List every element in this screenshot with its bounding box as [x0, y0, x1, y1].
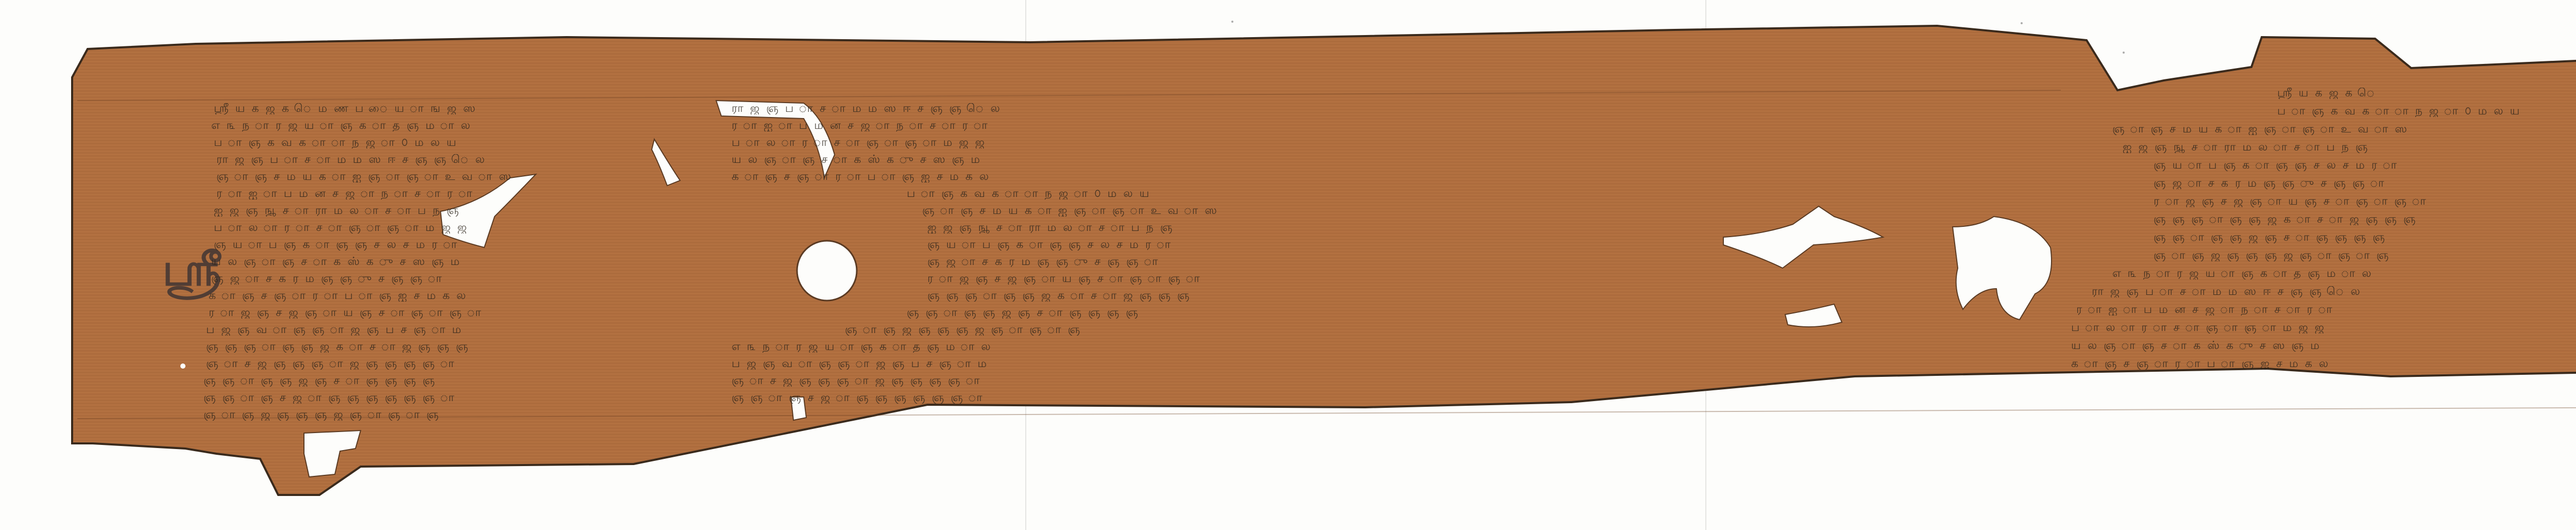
manuscript-line: ர ா ஜ ஞ ச ஜ ஞ ா ய ஞ ச ா ஞ ா ஞ ா [209, 307, 724, 319]
manuscript-line: ஞ ா ஞ ச ம ய க ா ஐ ஞ ா ஞ ா உ வ ா ஸ [2112, 124, 2576, 135]
manuscript-line: ஞ ஞ ா ஞ ச ஜ ா ஞ ஞ ஞ ஞ ஞ ஞ ா [204, 392, 719, 404]
manuscript-line: ஸ்ரீ ய க ஜ க ெ ம ண ப ை ய ா ங ஜ ஸ [214, 103, 729, 114]
manuscript-line: ய ல ஞ ா ஞ ச ா க ஸ் க ு ச ஸ ஞ ம [732, 154, 2071, 165]
manuscript-line: ஞ ஞ ா ஞ ஞ ஜ ஞ ச ா ஞ ஞ ஞ ஞ [2154, 232, 2576, 243]
manuscript-line: ய ல ஞ ா ஞ ச ா க ஸ் க ு ச ஸ ஞ ம [211, 256, 726, 268]
manuscript-line: ர ா ஐ ா ப ம ன ச ஜ ா ந ா ச ா ர ா [2076, 304, 2576, 316]
manuscript-line: க ா ஞ ச ஞ ா ர ா ப ா ஞ ஐ ச ம க ல [732, 171, 2071, 183]
manuscript-line: ர ா ஐ ா ப ம ன ச ஜ ா ந ா ச ா ர ா [732, 120, 2071, 131]
manuscript-line: ர ா ஜ ஞ ச ஜ ஞ ா ய ஞ ச ா ஞ ா ஞ ா [2154, 196, 2576, 207]
manuscript-line: ஞ ய ா ப ஞ க ா ஞ ஞ ச ல ச ம ர ா [2154, 160, 2576, 171]
binding-hole [797, 241, 857, 301]
manuscript-line: ஞ ா ஞ ஜ ஞ ஞ ஞ ஜ ஞ ா ஞ ா ஞ [204, 409, 719, 421]
manuscript-line: ஞ ா ஞ ஜ ஞ ஞ ஞ ஜ ஞ ா ஞ ா ஞ [845, 324, 2081, 336]
manuscript-line: ப ா ஞ க வ க ா ா ந ஜ ா ௦ ம ல ய [907, 188, 2092, 200]
manuscript-line: ரா ஜ ஞ ப ா ச ா ம ம ஸ ஈ ச ஞ ஞ ெ ல [2092, 286, 2576, 297]
manuscript-line: ஞ ா ஞ ச ம ய க ா ஐ ஞ ா ஞ ா உ வ ா ஸ [922, 205, 2107, 217]
manuscript-line: ப ா ல ா ர ா ச ா ஞ ா ஞ ா ம ஜ ஜ [732, 137, 2071, 148]
manuscript-line: ஞ ஞ ா ஞ ச ஜ ா ஞ ஞ ஞ ஞ ஞ ஞ ா [732, 392, 2071, 404]
manuscript-line: ஞ ஜ ா ச க ர ம ஞ ஞ ு ச ஞ ஞ ா [927, 256, 2112, 268]
manuscript-line: ர ா ஐ ா ப ம ன ச ஜ ா ந ா ச ா ர ா [216, 188, 732, 200]
manuscript-line: க ா ஞ ச ஞ ா ர ா ப ா ஞ ஐ ச ம க ல [2071, 358, 2535, 370]
manuscript-line: ரா ஜ ஞ ப ா ச ா ம ம ஸ ஈ ச ஞ ஞ ெ ல [732, 103, 2071, 114]
manuscript-line: ஐ ஜ ஞ ஙூ ச ா ரா ம ல ா ச ா ப ந ஞ [214, 205, 729, 217]
manuscript-line: ஞ ய ா ப ஞ க ா ஞ ஞ ச ல ச ம ர ா [214, 239, 729, 251]
manuscript-line: ஞ ா ஞ ச ம ய க ா ஐ ஞ ா ஞ ா உ வ ா ஸ [216, 171, 732, 183]
manuscript-line: ஐ ஜ ஞ ஙூ ச ா ரா ம ல ா ச ா ப ந ஞ [2123, 142, 2576, 153]
manuscript-line: ஐ ஜ ஞ ஙூ ச ா ரா ம ல ா ச ா ப ந ஞ [927, 222, 2112, 234]
damage-hole [180, 363, 185, 369]
manuscript-line: ர ா ஜ ஞ ச ஜ ஞ ா ய ஞ ச ா ஞ ா ஞ ா [927, 273, 2112, 285]
manuscript-line: ப ா ஞ க வ க ா ா ந ஜ ா ௦ ம ல ய [214, 137, 729, 148]
manuscript-line: ஞ ா ச ஜ ஞ ஞ ஞ ா ஜ ஞ ஞ ஞ ஞ ா [206, 358, 721, 370]
manuscript-line: ஞ ா ச ஜ ஞ ஞ ஞ ா ஜ ஞ ஞ ஞ ஞ ா [732, 375, 2071, 387]
manuscript-line: எ ௩ ந ா ர ஜ ய ா ஞ க ா த ஞ ம ா ல [732, 341, 2071, 353]
manuscript-line: ஞ ஞ ா ஞ ஞ ஜ ஞ ச ா ஞ ஞ ஞ ஞ [204, 375, 719, 387]
manuscript-line: ஞ ஞ ா ஞ ஞ ஜ ஞ ச ா ஞ ஞ ஞ ஞ [907, 307, 2092, 319]
manuscript-line: எ ௩ ந ா ர ஜ ய ா ஞ க ா த ஞ ம ா ல [211, 120, 726, 131]
manuscript-line: ரா ஜ ஞ ப ா ச ா ம ம ஸ ஈ ச ஞ ஞ ெ ல [216, 154, 732, 165]
manuscript-line: ஸ்ரீ ய க ஜ க ெ ம ண ப ை ய ா ங ஜ ஸ [2277, 88, 2380, 99]
manuscript-line: ஞ ஞ ஞ ா ஞ ஞ ஜ க ா ச ா ஜ ஞ ஞ ஞ [2154, 214, 2576, 225]
manuscript-line: ஞ ய ா ப ஞ க ா ஞ ஞ ச ல ச ம ர ா [927, 239, 2112, 251]
manuscript-line: க ா ஞ ச ஞ ா ர ா ப ா ஞ ஐ ச ம க ல [209, 290, 724, 302]
manuscript-line: ப ஜ ஞ வ ா ஞ ஞ ா ஜ ஞ ப ச ஞ ா ம [732, 358, 2071, 370]
manuscript-line: ஞ ா ஞ ஜ ஞ ஞ ஞ ஜ ஞ ா ஞ ா ஞ [2154, 250, 2576, 261]
manuscript-line: ப ா ல ா ர ா ச ா ஞ ா ஞ ா ம ஜ ஜ [2071, 322, 2576, 334]
manuscript-line: ப ா ஞ க வ க ா ா ந ஜ ா ௦ ம ல ய [2277, 106, 2576, 117]
manuscript-line: ஞ ஞ ஞ ா ஞ ஞ ஜ க ா ச ா ஜ ஞ ஞ ஞ [206, 341, 721, 353]
manuscript-line: ய ல ஞ ா ஞ ச ா க ஸ் க ு ச ஸ ஞ ம [2071, 340, 2576, 352]
manuscript-line: ஞ ஜ ா ச க ர ம ஞ ஞ ு ச ஞ ஞ ா [211, 273, 726, 285]
manuscript-line: ப ஜ ஞ வ ா ஞ ஞ ா ஜ ஞ ப ச ஞ ா ம [206, 324, 721, 336]
manuscript-line: ஞ ஞ ஞ ா ஞ ஞ ஜ க ா ச ா ஜ ஞ ஞ ஞ [927, 290, 2112, 302]
manuscript-line: ஞ ஜ ா ச க ர ம ஞ ஞ ு ச ஞ ஞ ா [2154, 178, 2576, 189]
manuscript-line: ப ா ல ா ர ா ச ா ஞ ா ஞ ா ம ஜ ஜ [214, 222, 729, 234]
manuscript-line: எ ௩ ந ா ர ஜ ய ா ஞ க ா த ஞ ம ா ல [2112, 268, 2576, 279]
